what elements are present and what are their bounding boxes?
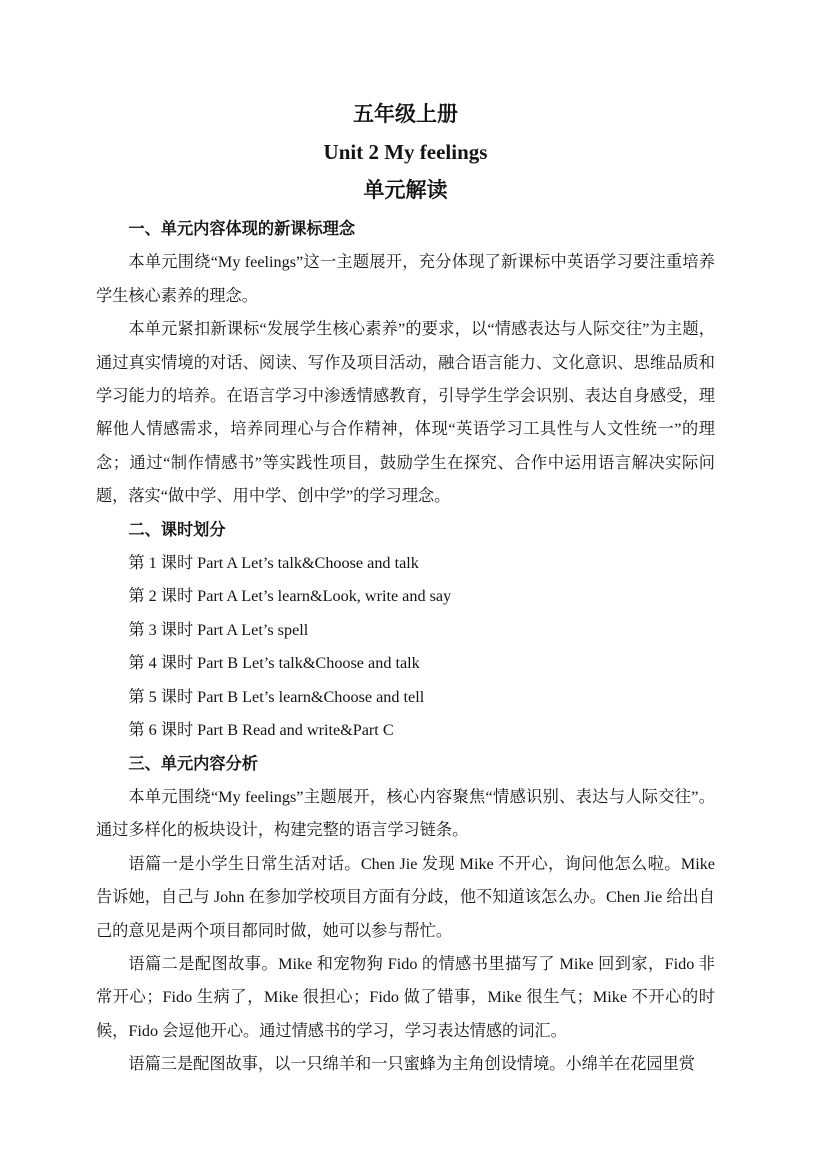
doc-title-grade: 五年级上册 <box>96 95 715 133</box>
paragraph-text-one: 语篇一是小学生日常生活对话。Chen Jie 发现 Mike 不开心，询问他怎么… <box>96 848 715 948</box>
lesson-item-2: 第 2 课时 Part A Let’s learn&Look, write an… <box>96 580 715 613</box>
section-heading-content-analysis: 三、单元内容分析 <box>96 748 715 781</box>
paragraph-text-three: 语篇三是配图故事，以一只绵羊和一只蜜蜂为主角创设情境。小绵羊在花园里赏 <box>96 1048 715 1081</box>
lesson-item-4: 第 4 课时 Part B Let’s talk&Choose and talk <box>96 647 715 680</box>
lesson-item-5: 第 5 课时 Part B Let’s learn&Choose and tel… <box>96 681 715 714</box>
paragraph-unit-theme: 本单元围绕“My feelings”这一主题展开，充分体现了新课标中英语学习要注… <box>96 246 715 313</box>
paragraph-analysis-overview: 本单元围绕“My feelings”主题展开，核心内容聚焦“情感识别、表达与人际… <box>96 781 715 848</box>
document-body: 一、单元内容体现的新课标理念 本单元围绕“My feelings”这一主题展开，… <box>96 213 715 1082</box>
title-block: 五年级上册 Unit 2 My feelings 单元解读 <box>96 95 715 209</box>
paragraph-core-literacy: 本单元紧扣新课标“发展学生核心素养”的要求，以“情感表达与人际交往”为主题，通过… <box>96 313 715 513</box>
document-page: 五年级上册 Unit 2 My feelings 单元解读 一、单元内容体现的新… <box>0 0 827 1169</box>
doc-title-unit: Unit 2 My feelings <box>96 133 715 171</box>
section-heading-lesson-division: 二、课时划分 <box>96 514 715 547</box>
lesson-item-3: 第 3 课时 Part A Let’s spell <box>96 614 715 647</box>
lesson-item-6: 第 6 课时 Part B Read and write&Part C <box>96 714 715 747</box>
paragraph-text-two: 语篇二是配图故事。Mike 和宠物狗 Fido 的情感书里描写了 Mike 回到… <box>96 948 715 1048</box>
lesson-item-1: 第 1 课时 Part A Let’s talk&Choose and talk <box>96 547 715 580</box>
section-heading-new-curriculum: 一、单元内容体现的新课标理念 <box>96 213 715 246</box>
doc-title-subtitle: 单元解读 <box>96 171 715 209</box>
